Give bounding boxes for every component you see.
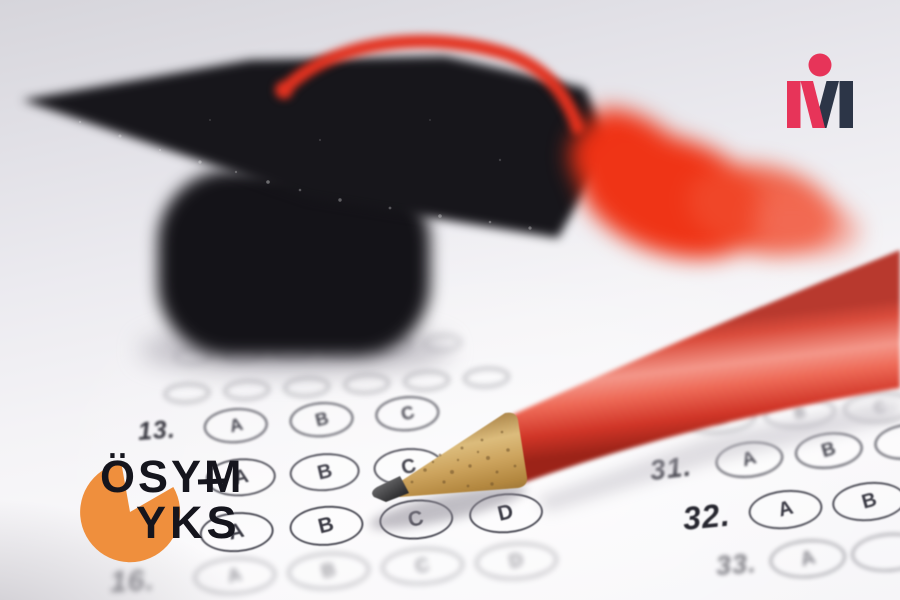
osym-yks-logo: ÖSYM YKS [40, 448, 280, 578]
y-strike-mark [198, 479, 225, 485]
yks-text: YKS [136, 500, 241, 545]
osym-text: ÖSYM [100, 454, 245, 499]
pencil-wood-tip [392, 413, 527, 497]
photo-scene: 13.ABCABC15.ABCD16.ABCD30.ABC31.AB32.AB3… [0, 0, 900, 600]
m-logo-head [809, 54, 832, 77]
m-person-logo [783, 50, 857, 134]
graduation-cap [22, 56, 610, 356]
m-logo-pink-strokes [787, 81, 825, 128]
